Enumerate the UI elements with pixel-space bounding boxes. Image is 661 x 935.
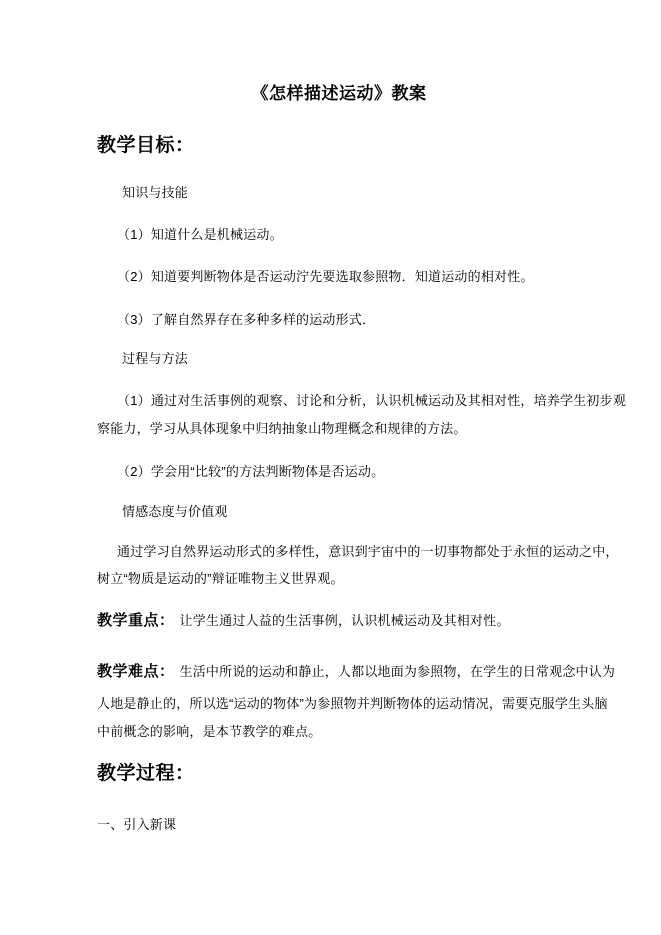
key-point-text: 让学生通过人益的生活事例，认识机械运动及其相对性。 <box>180 613 510 628</box>
document-page: 《怎样描述运动》教案 教学目标： 知识与技能 （1）知道什么是机械运动。 （2）… <box>0 0 661 935</box>
heading-teaching-process: 教学过程： <box>97 766 195 782</box>
affect-values-para-line-1: 通过学习自然界运动形式的多样性，意识到宇宙中的一切事物都处于永恒的运动之中， <box>117 544 619 560</box>
process-step-1: 一、引入新课 <box>97 817 176 833</box>
document-title: 《怎样描述运动》教案 <box>97 86 581 102</box>
difficult-point-text-line-1: 生活中所说的运动和静止，人都以地面为参照物，在学生的日常观念中认为 <box>180 664 616 679</box>
subheading-affect-values: 情感态度与价值观 <box>122 504 228 520</box>
affect-values-para-line-2: 树立“物质是运动的”辩证唯物主义世界观。 <box>97 571 344 587</box>
difficult-point-line-1: 教学难点：生活中所说的运动和静止，人都以地面为参照物，在学生的日常观念中认为 <box>97 664 615 680</box>
key-point-label: 教学重点： <box>97 612 175 629</box>
subheading-process-method: 过程与方法 <box>122 351 188 367</box>
subheading-knowledge-skills: 知识与技能 <box>122 185 188 201</box>
process-method-item-2: （2）学会用“比较”的方法判断物体是否运动。 <box>117 464 384 480</box>
heading-teaching-goals: 教学目标： <box>97 138 195 154</box>
difficult-point-line-3: 中前概念的影响，是本节教学的难点。 <box>97 724 321 740</box>
difficult-point-label: 教学难点： <box>97 663 175 680</box>
process-method-item-1-line-2: 察能力，学习从具体现象中归纳抽象山物理概念和规律的方法。 <box>97 421 467 437</box>
knowledge-item-3: （3）了解自然界存在多种多样的运动形式． <box>117 312 375 328</box>
difficult-point-line-2: 人地是静止的，所以选“运动的物体”为参照物并判断物体的运动情况，需要克服学生头脑 <box>97 696 608 712</box>
process-method-item-1-line-1: （1）通过对生活事例的观察、讨论和分析，认识机械运动及其相对性，培养学生初步观 <box>117 393 626 409</box>
knowledge-item-2: （2）知道要判断物体是否运动泞先要选取参照物．知道运动的相对性。 <box>117 269 534 285</box>
key-point-line: 教学重点：让学生通过人益的生活事例，认识机械运动及其相对性。 <box>97 613 510 629</box>
knowledge-item-1: （1）知道什么是机械运动。 <box>117 227 283 243</box>
